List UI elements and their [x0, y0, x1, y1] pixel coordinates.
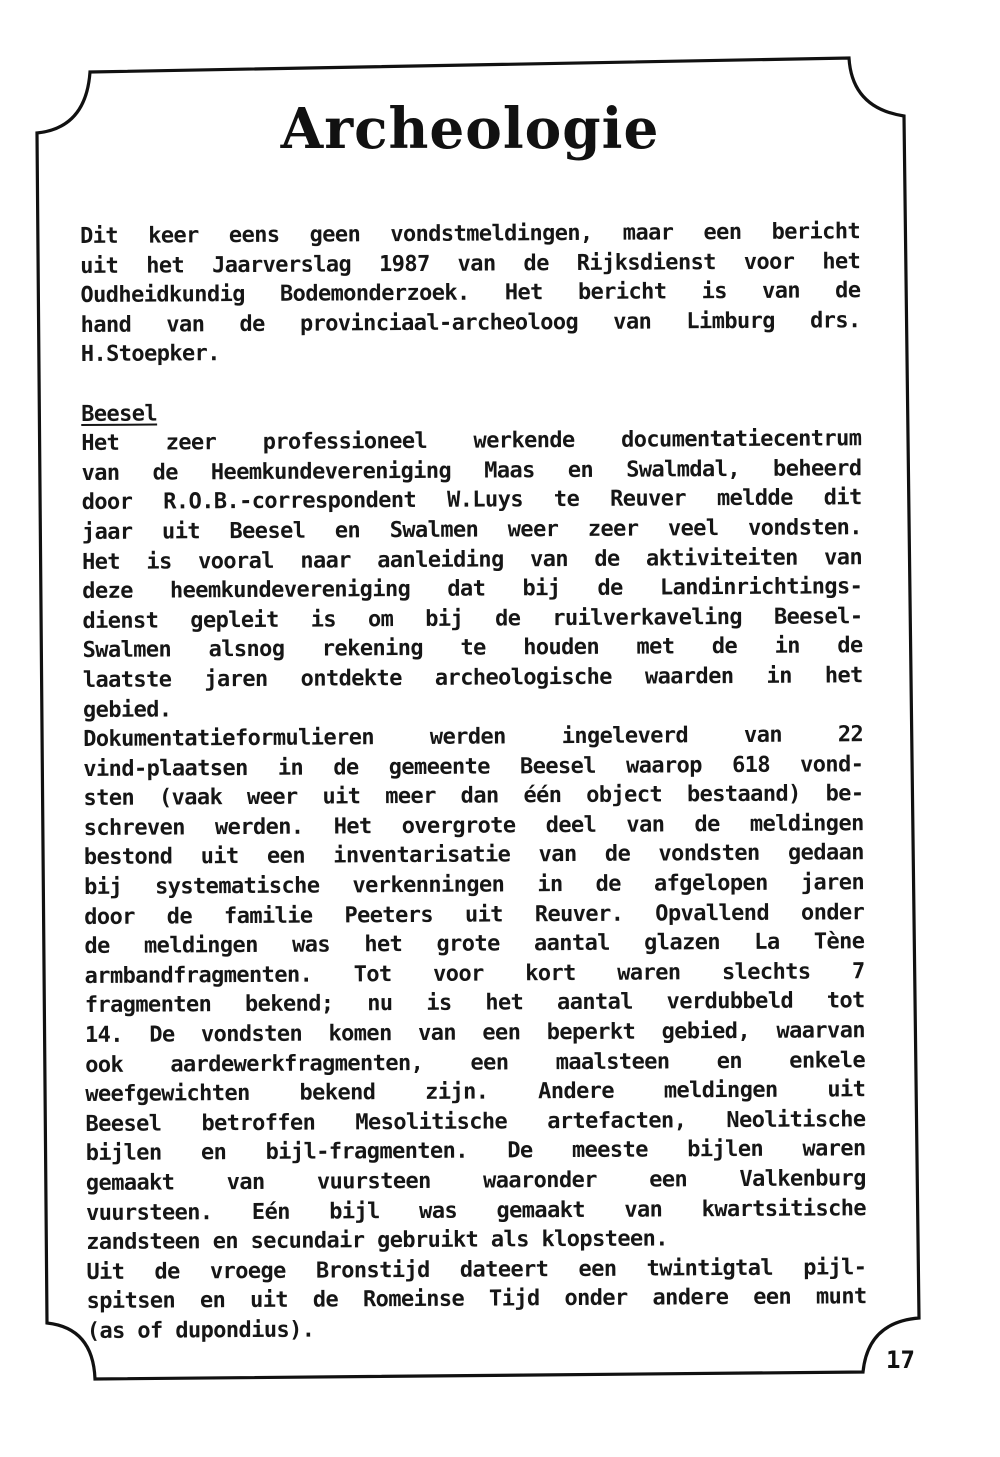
paragraph-line: 14. De vondsten komen van een beperkt ge… [85, 1016, 865, 1050]
intro-line: Oudheidkundig Bodemonderzoek. Het berich… [80, 276, 860, 310]
intro-line: Dit keer eens geen vondstmeldingen, maar… [80, 217, 860, 251]
paragraph-line: bij systematische verkenningen in de afg… [84, 868, 864, 902]
paragraph-line: Beesel betroffen Mesolitische artefacten… [85, 1105, 865, 1139]
paragraph-line: gemaakt van vuursteen waaronder een Valk… [86, 1164, 866, 1198]
blank-line [81, 365, 861, 399]
paragraph-line: door R.O.B.-correspondent W.Luys te Reuv… [82, 484, 862, 518]
paragraph-line: Het zeer professioneel werkende document… [81, 424, 861, 458]
paragraph-line: van de Heemkundevereniging Maas en Swalm… [81, 454, 861, 488]
paragraph-line: vuursteen. Eén bijl was gemaakt van kwar… [86, 1194, 866, 1228]
paragraph-line: zandsteen en secundair gebruikt als klop… [86, 1223, 866, 1257]
paragraph-line: sten (vaak weer uit meer dan één object … [83, 780, 863, 814]
paragraph-line: fragmenten bekend; nu is het aantal verd… [85, 987, 865, 1021]
paragraph-line: bestond uit een inventarisatie van de vo… [84, 839, 864, 873]
paragraph-line: jaar uit Beesel en Swalmen weer zeer vee… [82, 513, 862, 547]
paragraph-line: bijlen en bijl-fragmenten. De meeste bij… [86, 1135, 866, 1169]
paragraph-line: Het is vooral naar aanleiding van de akt… [82, 543, 862, 577]
paragraph-line: vind-plaatsen in de gemeente Beesel waar… [83, 750, 863, 784]
paragraph-line: (as of dupondius). [87, 1312, 867, 1346]
paragraph-line: Swalmen alsnog rekening te houden met de… [83, 632, 863, 666]
page-number: 17 [886, 1346, 915, 1374]
page-title: Archeologie [9, 96, 930, 162]
paragraph-line: Dokumentatieformulieren werden ingelever… [83, 720, 863, 754]
paragraph-line: de meldingen was het grote aantal glazen… [84, 927, 864, 961]
paragraph-line: gebied. [83, 691, 863, 725]
paragraph-line: armbandfragmenten. Tot voor kort waren s… [85, 957, 865, 991]
paragraph-line: schreven werden. Het overgrote deel van … [84, 809, 864, 843]
intro-line: uit het Jaarverslag 1987 van de Rijksdie… [80, 247, 860, 281]
intro-line: hand van de provinciaal-archeoloog van L… [81, 306, 861, 340]
paragraph-line: spitsen en uit de Romeinse Tijd onder an… [87, 1283, 867, 1317]
paragraph-line: weefgewichten bekend zijn. Andere meldin… [85, 1075, 865, 1109]
paragraph-line: deze heemkundevereniging dat bij de Land… [82, 572, 862, 606]
paragraph-line: Uit de vroege Bronstijd dateert een twin… [86, 1253, 866, 1287]
paragraph-line: ook aardewerkfragmenten, een maalsteen e… [85, 1046, 865, 1080]
paragraph-line: door de familie Peeters uit Reuver. Opva… [84, 898, 864, 932]
paragraph-line: laatste jaren ontdekte archeologische wa… [83, 661, 863, 695]
article-body: Dit keer eens geen vondstmeldingen, maar… [80, 217, 867, 1346]
intro-line: H.Stoepker. [81, 336, 861, 370]
paragraph-line: dienst gepleit is om bij de ruilverkavel… [82, 602, 862, 636]
section-heading: Beesel [81, 395, 861, 429]
